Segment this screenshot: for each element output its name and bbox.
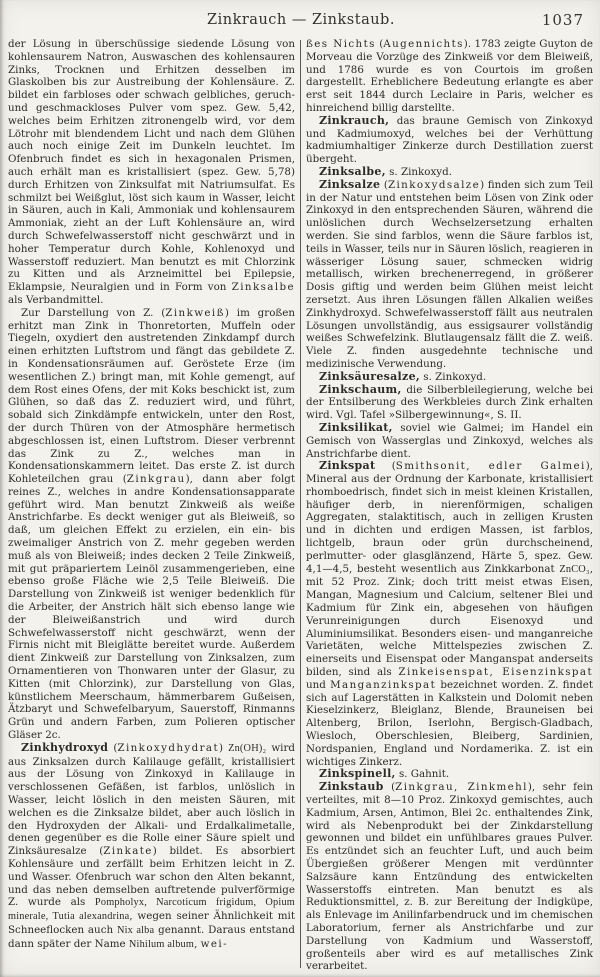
spaced-term: wei- [201,938,228,950]
entry-headword: Zinkschaum, [319,383,402,396]
column-divider [300,40,301,968]
entry-headword: Zinkspat [319,459,375,472]
spaced-term: ßes Nichts [306,38,376,50]
paragraph: Zinkschaum, die Silberbleilegierung, wel… [306,384,593,422]
latin-term: Nix alba [117,925,154,936]
paragraph: Zinkrauch, das braune Gemisch von Zinkox… [306,115,593,166]
page-header: Zinkrauch — Zinkstaub. 1037 [8,8,594,34]
paragraph: Zinksalze (Zinkoxydsalze) finden sich zu… [306,179,593,371]
body-text: Zur Darstellung von Z. ( [21,307,165,319]
body-text: bezeichnet worden. Z. findet sich auf La… [306,679,593,768]
entry-headword: Zinksalze [319,178,380,191]
body-text: ), Mineral aus der Ordnung der Karbonate… [306,460,593,574]
body-text: wird aus Zinksalzen durch Kalilauge gefä… [8,742,295,857]
spaced-term: Zinkoxydhydrat [117,742,219,754]
spaced-term: Zinksalbe [232,281,295,293]
spaced-term: Zinkate [103,845,153,857]
latin-term: Nihilum album [129,939,194,950]
entry-headword: Zinkspinell, [319,767,396,780]
paragraph: Zinkstaub (Zinkgrau, Zinkmehl), sehr fei… [306,781,593,973]
entry-headword: Zinkhydroxyd [21,741,108,754]
body-text: ) im großen erhitzt man Zink in Thonreto… [8,307,295,485]
body-text: s. Zinkoxyd. [386,166,452,178]
paragraph: ßes Nichts (Augennichts). 1783 zeigte Gu… [306,38,593,115]
body-text: ), sehr fein verteiltes, mit 8—10 Proz. … [306,781,593,972]
body-text: ) [219,742,228,754]
paragraph: Zinksilikat, soviel wie Galmei; im Hande… [306,422,593,460]
spaced-term: Zinkgrau, Zinkmehl [395,781,528,793]
paragraph: Zur Darstellung von Z. (Zinkweiß) im gro… [8,307,295,742]
spaced-term: Zinkweiß [165,307,225,319]
entry-headword: Zinksalbe, [319,165,386,178]
body-text: der Lösung in überschüssige siedende Lös… [8,38,295,293]
body-text: und [306,679,330,691]
text-body: der Lösung in überschüssige siedende Lös… [8,38,594,976]
spaced-term: Augennichts [383,38,464,50]
scanned-encyclopedia-page: Zinkrauch — Zinkstaub. 1037 der Lösung i… [0,0,600,977]
page-number: 1037 [542,11,584,29]
body-text: ( [375,460,395,472]
body-text: ), dann aber folgt reines Z., welches in… [8,473,295,741]
body-text: s. Gahnit. [396,768,449,780]
entry-headword: Zinksäuresalze, [319,370,420,383]
body-text: ) finden sich zum Teil in der Natur und … [306,179,593,370]
spaced-term: Zinkeisenspat, Eisenzinkspat [398,666,593,678]
latin-term: ZnCO₃ [559,564,589,575]
entry-headword: Zinksilikat, [319,421,393,434]
body-text: s. Zinkoxyd. [420,371,486,383]
spaced-term: Zinkoxydsalze [388,179,480,191]
paragraph: der Lösung in überschüssige siedende Lös… [8,38,295,307]
body-text: ( [380,179,388,191]
page-title: Zinkrauch — Zinkstaub. [8,12,594,28]
entry-headword: Zinkstaub [319,780,384,793]
text-column-right: ßes Nichts (Augennichts). 1783 zeigte Gu… [306,38,593,976]
paragraph: Zinkhydroxyd (Zinkoxydhydrat) Zn(OH)₂ wi… [8,742,295,952]
entry-headword: Zinkrauch, [319,114,389,127]
body-text: , mit 52 Proz. Zink; doch tritt meist et… [306,563,593,678]
body-text: ( [384,781,396,793]
body-text: als Verbandmittel. [8,294,103,306]
latin-term: Zn(OH)₂ [228,743,266,754]
text-column-left: der Lösung in überschüssige siedende Lös… [8,38,295,976]
paragraph: Zinkspat (Smithsonit, edler Galmei), Min… [306,460,593,768]
spaced-term: Smithsonit, edler Galmei [396,460,586,472]
spaced-term: Manganzinkspat [330,679,436,691]
spaced-term: Zinkgrau [127,473,186,485]
